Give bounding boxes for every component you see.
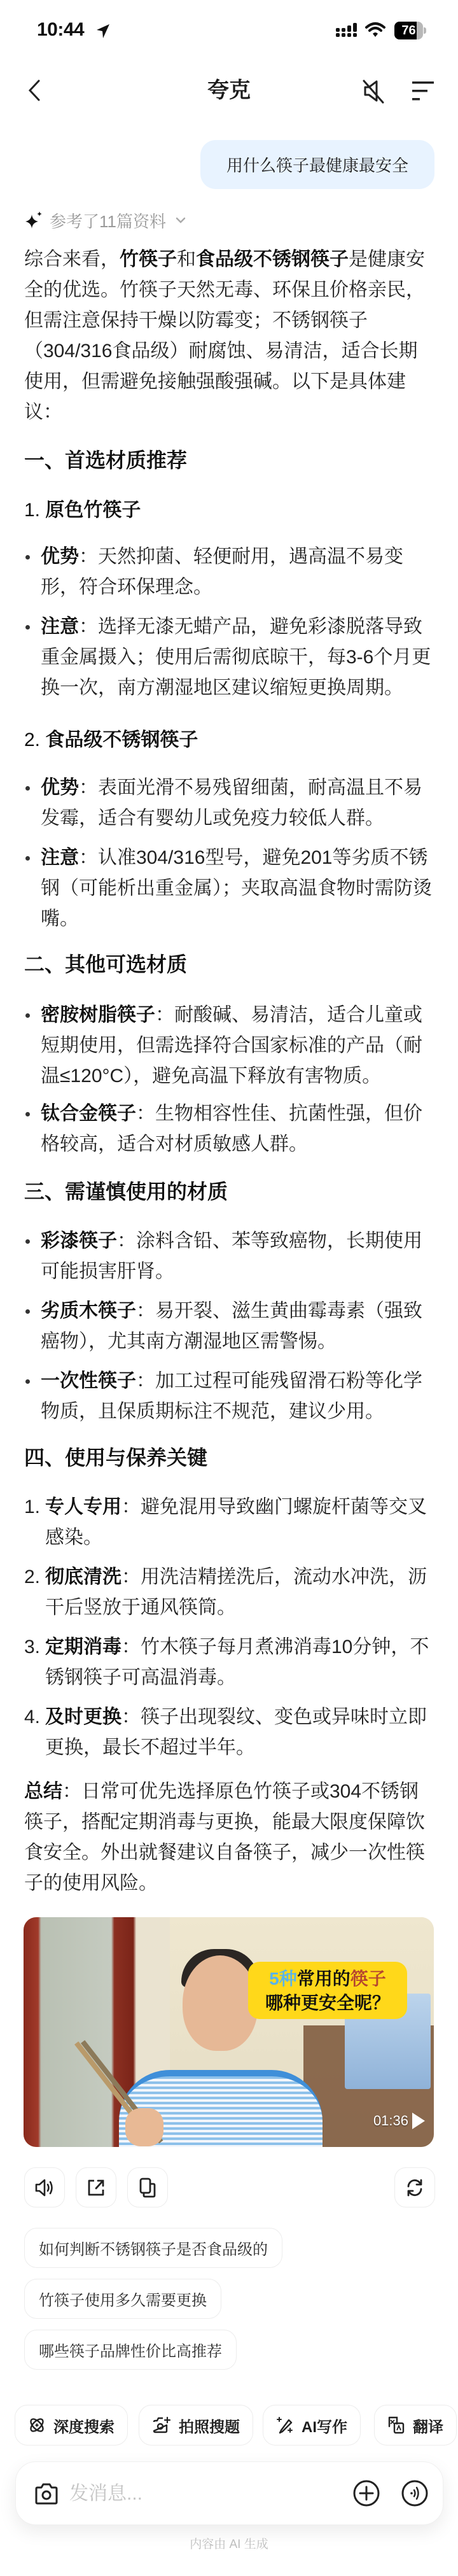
video-thumbnail[interactable]: 5种常用的筷子 哪种更安全呢？ 01:36 <box>24 1917 434 2147</box>
list-item: 优势：表面光滑不易残留细菌，耐高温且不易发霉，适合有婴幼儿或免疫力较低人群。 <box>24 773 434 834</box>
translate-icon <box>387 2416 405 2435</box>
location-arrow-icon <box>95 23 111 39</box>
page-title: 夸克 <box>0 76 458 104</box>
message-input[interactable] <box>69 2477 343 2510</box>
camera-icon[interactable] <box>34 2481 59 2507</box>
list-item: 劣质木筷子：易开裂、滋生黄曲霉毒素（强致癌物），尤其南方潮湿地区需警惕。 <box>24 1296 434 1357</box>
read-aloud-button[interactable] <box>24 2167 65 2207</box>
highlight-bamboo: 竹筷子 <box>120 249 177 270</box>
status-time: 10:44 <box>37 19 84 41</box>
numbered-item: 2.彻底清洗：用洗洁精搓洗后，流动水冲洗，沥干后竖放于通风筷筒。 <box>24 1562 434 1623</box>
sparkle-icon <box>24 211 43 230</box>
list-item: 优势：天然抑菌、轻便耐用，遇高温不易变形，符合环保理念。 <box>24 542 434 603</box>
refresh-icon <box>405 2178 425 2198</box>
video-caption: 5种常用的筷子 哪种更安全呢？ <box>248 1962 407 2019</box>
ai-generated-disclaimer: 内容由 AI 生成 <box>0 2535 458 2552</box>
section-heading-1: 一、首选材质推荐 <box>24 445 434 475</box>
list-item: 注意：选择无漆无蜡产品，避免彩漆脱落导致重金属摄入；使用后需彻底晾干，每3-6个… <box>24 612 434 703</box>
section-heading-3: 三、需谨慎使用的材质 <box>24 1176 434 1207</box>
tool-photo-search[interactable]: 拍照搜题 <box>139 2405 253 2446</box>
suggestion-chip[interactable]: 竹筷子使用多久需要更换 <box>24 2279 221 2319</box>
ai-pen-icon <box>276 2416 294 2434</box>
user-message-bubble: 用什么筷子最健康最安全 <box>200 140 434 189</box>
numbered-item: 1.专人专用：避免混用导致幽门螺旋杆菌等交叉感染。 <box>24 1492 434 1553</box>
share-icon <box>86 2178 106 2198</box>
list-item: 一次性筷子：加工过程可能残留滑石粉等化学物质，且保质期标注不规范，建议少用。 <box>24 1366 434 1427</box>
video-duration: 01:36 <box>373 2113 408 2129</box>
copy-button[interactable] <box>127 2167 168 2207</box>
highlight-steel: 食品级不锈钢筷子 <box>196 249 349 270</box>
subheading-steel: 2. 食品级不锈钢筷子 <box>24 725 434 756</box>
cellular-signal-icon <box>336 23 359 39</box>
section-heading-4: 四、使用与保养关键 <box>24 1442 434 1473</box>
deep-search-icon <box>28 2416 46 2434</box>
subheading-bamboo: 1. 原色竹筷子 <box>24 495 434 526</box>
tool-translate[interactable]: 翻译 <box>374 2405 457 2446</box>
list-item: 密胺树脂筷子：耐酸碱、易清洁，适合儿童或短期使用，但需选择符合国家标准的产品（耐… <box>24 1000 434 1092</box>
copy-icon <box>138 2177 157 2199</box>
voice-icon[interactable] <box>400 2479 429 2508</box>
list-item: 钛合金筷子：生物相容性佳、抗菌性强，但价格较高，适合对材质敏感人群。 <box>24 1099 434 1160</box>
sources-label: 参考了11篇资料 <box>50 209 166 232</box>
numbered-item: 3.定期消毒：竹木筷子每月煮沸消毒10分钟，不锈钢筷子可高温消毒。 <box>24 1632 434 1693</box>
plus-icon[interactable] <box>352 2479 381 2508</box>
section-heading-2: 二、其他可选材质 <box>24 949 434 980</box>
wifi-icon <box>365 22 385 38</box>
message-composer <box>15 2461 443 2525</box>
sources-toggle[interactable]: 参考了11篇资料 <box>24 209 186 232</box>
share-button[interactable] <box>76 2167 116 2207</box>
mute-button[interactable] <box>357 75 389 107</box>
tool-deep-search[interactable]: 深度搜索 <box>15 2405 128 2446</box>
answer-intro: 综合来看，竹筷子和食品级不锈钢筷子是健康安全的优选。竹筷子天然无毒、环保且价格亲… <box>24 244 434 428</box>
speaker-icon <box>34 2177 55 2199</box>
regenerate-button[interactable] <box>394 2167 435 2207</box>
camera-search-icon <box>152 2416 171 2434</box>
battery-indicator: 76 <box>394 22 426 39</box>
numbered-item: 4.及时更换：筷子出现裂纹、变色或异味时立即更换，最长不超过半年。 <box>24 1702 434 1763</box>
menu-button[interactable] <box>407 75 439 107</box>
list-item: 彩漆筷子：涂料含铅、苯等致癌物，长期使用可能损害肝肾。 <box>24 1226 434 1287</box>
battery-level: 76 <box>394 22 423 39</box>
summary-paragraph: 总结：日常可优先选择原色竹筷子或304不锈钢筷子，搭配定期消毒与更换，能最大限度… <box>24 1777 434 1899</box>
suggestion-chip[interactable]: 如何判断不锈钢筷子是否食品级的 <box>24 2228 282 2268</box>
play-icon <box>412 2113 425 2129</box>
speaker-muted-icon <box>361 78 385 104</box>
suggestion-chip[interactable]: 哪些筷子品牌性价比高推荐 <box>24 2330 237 2370</box>
sort-menu-icon <box>411 80 435 102</box>
tool-ai-writing[interactable]: AI写作 <box>263 2405 361 2446</box>
list-item: 注意：认准304/316型号，避免201等劣质不锈钢（可能析出重金属）；夹取高温… <box>24 843 434 934</box>
chevron-down-icon <box>175 215 186 226</box>
